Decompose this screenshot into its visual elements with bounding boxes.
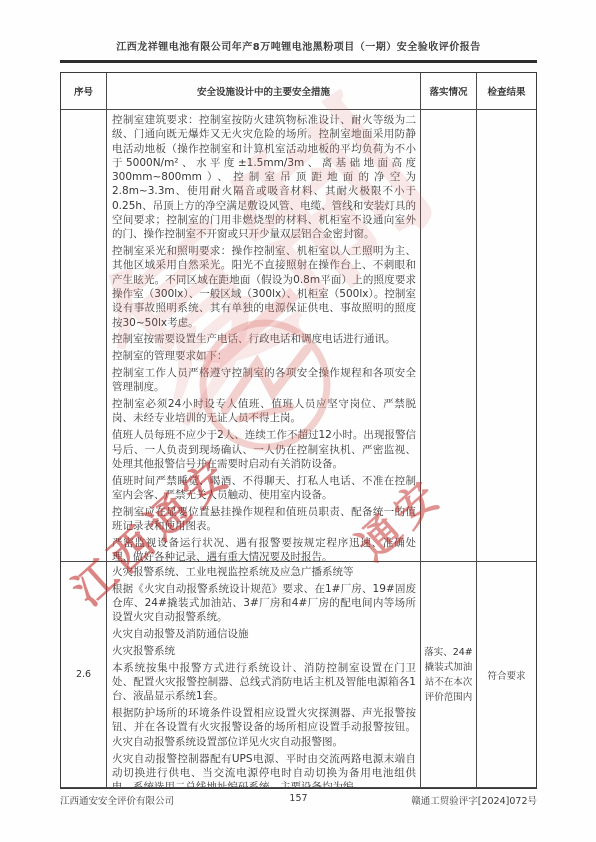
table-row-seq [61,110,107,562]
measure-paragraph: 根据防护场所的环境条件设置相应设置火灾探测器、声光报警按钮、并在各设置有火灾报警… [112,706,416,749]
measure-paragraph: 控制室按需要设置生产电话、行政电话和调度电话进行通讯。 [112,332,416,346]
col-header-result: 检查结果 [477,73,536,110]
col-header-implementation: 落实情况 [421,73,477,110]
measure-paragraph: 火灾报警系统 [112,644,416,658]
safety-measures-table: 序号 安全设施设计中的主要安全措施 落实情况 检查结果 控制室建筑要求：控制室按… [60,72,537,789]
measure-paragraph: 本系统按集中报警方式进行系统设计、消防控制室设置在门卫处、配置火灾报警控制器、总… [112,661,416,704]
measure-paragraph: 严密监视设备运行状况、遇有报警要按规定程序迅速、准确处理、做好各种记录、遇有重大… [112,536,416,562]
table-row-measures: 火灾报警系统、工业电视监控系统及应急广播系统等 根据《火灾自动报警系统设计规范》… [107,562,421,788]
table-row-seq: 2.6 [61,562,107,788]
measure-paragraph: 控制室建筑要求：控制室按防火建筑物标准设计、耐火等级为二级、门通向既无爆炸又无火… [112,113,416,242]
report-title: 江西龙祥锂电池有限公司年产8万吨锂电池黑粉项目（一期）安全验收评价报告 [60,38,537,53]
measure-paragraph: 控制室工作人员严格遵守控制室的各项安全操作规程和各项安全管理制度。 [112,366,416,395]
measure-paragraph: 控制室必须24小时设专人值班、值班人员应坚守岗位、严禁脱岗、未经专业培训的无证人… [112,397,416,426]
col-header-seq: 序号 [61,73,107,110]
measure-paragraph: 值班人员每班不应少于2人、连续工作不超过12小时。出现报警信号后、一人负责到现场… [112,428,416,471]
col-header-measures: 安全设施设计中的主要安全措施 [107,73,421,110]
table-row-result [477,110,536,562]
measure-paragraph: 控制室采光和照明要求：操作控制室、机柜室以人工照明为主、其他区域采用自然采光。阳… [112,244,416,330]
header-rule [60,60,537,63]
footer-page-number: 157 [60,793,537,804]
table-row-result: 符合要求 [477,562,536,788]
table-row-implementation: 落实、24#撬装式加油站不在本次评价范围内 [421,562,477,788]
measure-paragraph: 根据《火灾自动报警系统设计规范》要求、在1#厂房、19#固废仓库、24#撬装式加… [112,582,416,625]
page-footer: 江西通安安全评价有限公司 157 赣通工贸验评字[2024]072号 [60,793,537,807]
measure-paragraph: 火灾报警系统、工业电视监控系统及应急广播系统等 [112,565,416,579]
measure-paragraph: 控制室的管理要求如下： [112,349,416,363]
page-header: 江西龙祥锂电池有限公司年产8万吨锂电池黑粉项目（一期）安全验收评价报告 [60,38,537,53]
measure-paragraph: 火灾自动报警控制器配有UPS电源、平时由交流两路电源末端自动切换进行供电、当交流… [112,752,416,788]
measure-paragraph: 控制室应在显要位置悬挂操作规程和值班员职责、配备统一的值班记录表和使用图表。 [112,505,416,534]
table-row-implementation [421,110,477,562]
measure-paragraph: 值班时间严禁睡觉、喝酒、不得聊天、打私人电话、不准在控制室内会客、严禁无关人员触… [112,474,416,503]
measure-paragraph: 火灾自动报警及消防通信设施 [112,627,416,641]
table-row-measures: 控制室建筑要求：控制室按防火建筑物标准设计、耐火等级为二级、门通向既无爆炸又无火… [107,110,421,562]
document-page: 江西龙祥锂电池有限公司年产8万吨锂电池黑粉项目（一期）安全验收评价报告 序号 安… [0,0,596,842]
